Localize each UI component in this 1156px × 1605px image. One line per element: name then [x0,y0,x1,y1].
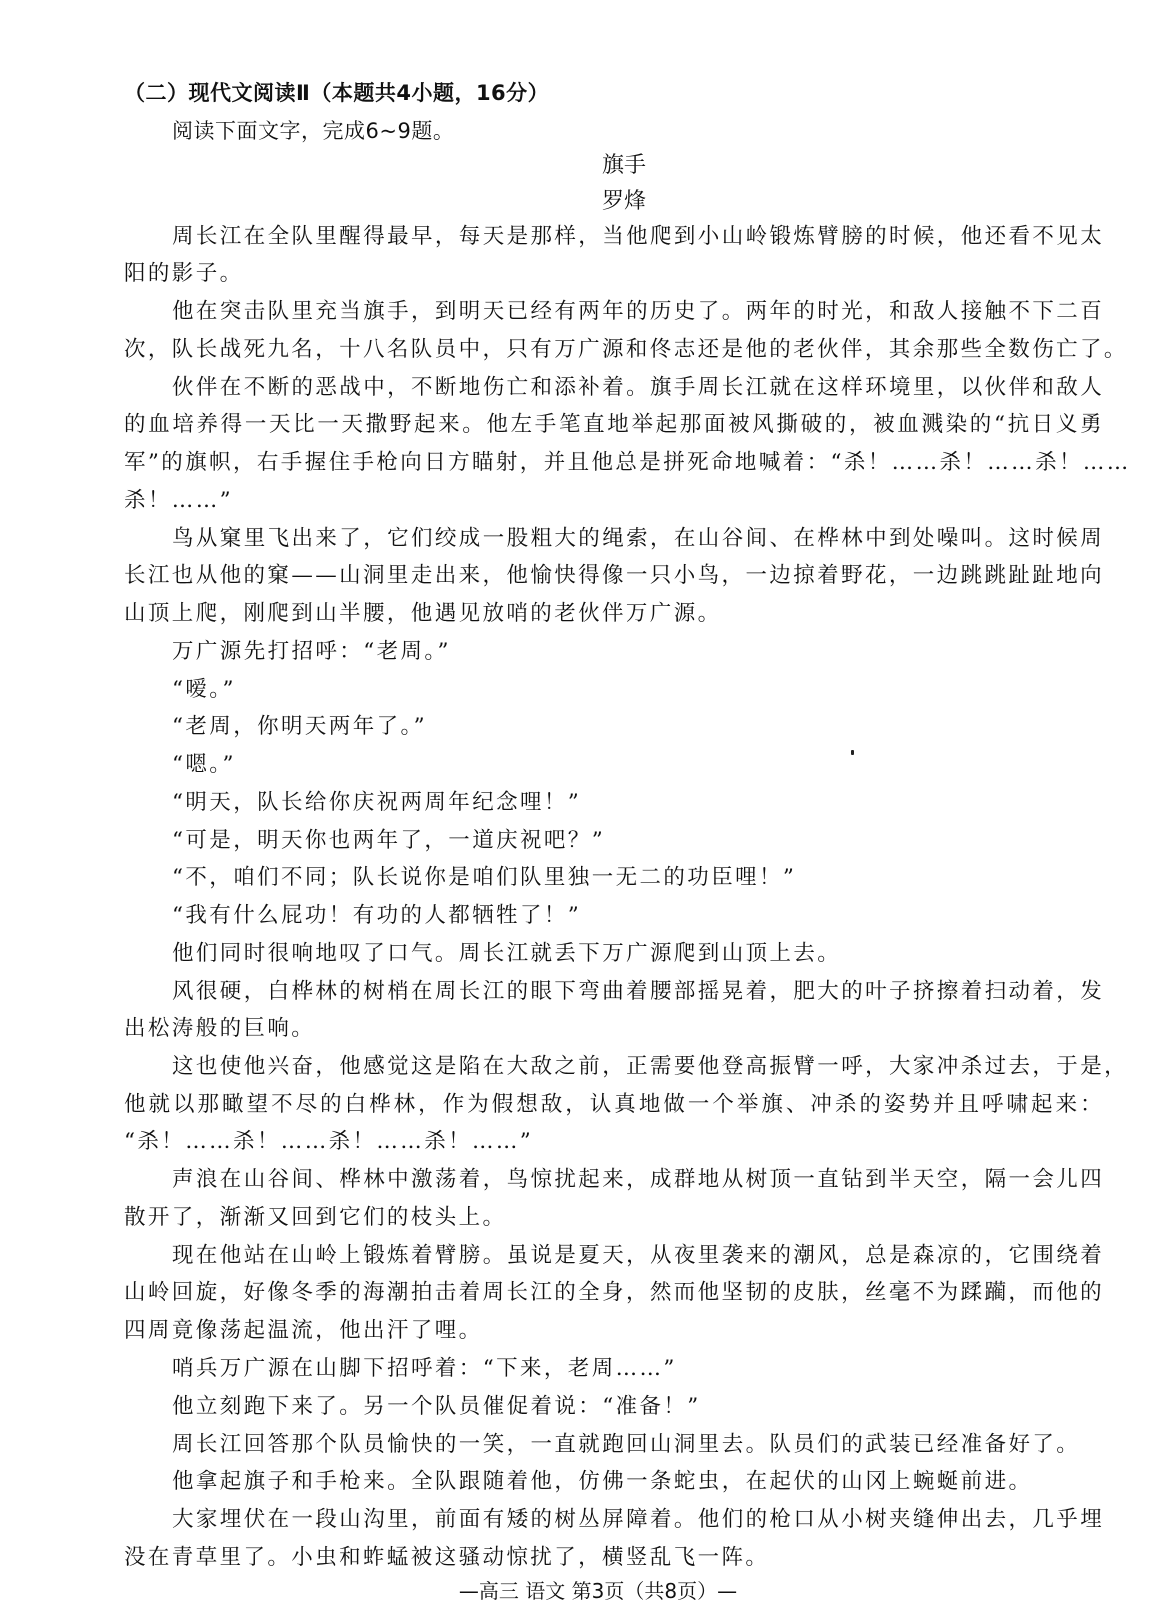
paragraph-line: 杀！……” [124,486,1104,516]
paragraph-line: 声浪在山谷间、桦林中激荡着，鸟惊扰起来，成群地从树顶一直钻到半天空，隔一会儿四 [172,1165,1104,1195]
paragraph-line: 他就以那瞰望不尽的白桦林，作为假想敌，认真地做一个举旗、冲杀的姿势并且呼啸起来： [124,1090,1104,1120]
exam-page: （二）现代文阅读Ⅱ（本题共4小题，16分） 阅读下面文字，完成6~9题。 旗手 … [0,0,1156,1605]
paragraph-line: 的血培养得一天比一天撒野起来。他左手笔直地举起那面被风撕破的，被血溅染的“抗日义… [124,410,1104,440]
paragraph-line: “老周，你明天两年了。” [172,712,1104,742]
paragraph-line: “嗳。” [172,675,1104,705]
paragraph-line: 山顶上爬，刚爬到山半腰，他遇见放哨的老伙伴万广源。 [124,599,1104,629]
paragraph-line: 他在突击队里充当旗手，到明天已经有两年的历史了。两年的时光，和敌人接触不下二百 [172,297,1104,327]
paragraph-line: 四周竟像荡起温流，他出汗了哩。 [124,1316,1104,1346]
paragraph-line: 他们同时很响地叹了口气。周长江就丢下万广源爬到山顶上去。 [172,939,1104,969]
paragraph-line: 军”的旗帜，右手握住手枪向日方瞄射，并且他总是拼死命地喊着：“杀！……杀！……杀… [124,448,1104,478]
paragraph-line: “不，咱们不同；队长说你是咱们队里独一无二的功臣哩！” [172,863,1104,893]
paragraph-line: 风很硬，白桦林的树梢在周长江的眼下弯曲着腰部摇晃着，肥大的叶子挤擦着扫动着，发 [172,977,1104,1007]
paragraph-line: 出松涛般的巨响。 [124,1014,1104,1044]
reading-instruction: 阅读下面文字，完成6~9题。 [172,116,1104,146]
paragraph-line: 这也使他兴奋，他感觉这是陷在大敌之前，正需要他登高振臂一呼，大家冲杀过去，于是， [172,1052,1104,1082]
paragraph-line: 周长江回答那个队员愉快的一笑，一直就跑回山洞里去。队员们的武装已经准备好了。 [172,1430,1104,1460]
paragraph-line: 鸟从窠里飞出来了，它们绞成一股粗大的绳索，在山谷间、在桦林中到处噪叫。这时候周 [172,524,1104,554]
paragraph-line: 现在他站在山岭上锻炼着臂膀。虽说是夏天，从夜里袭来的潮风，总是森凉的，它围绕着 [172,1241,1104,1271]
paragraph-line: 他立刻跑下来了。另一个队员催促着说：“准备！” [172,1392,1104,1422]
scan-speck [851,750,854,755]
paragraph-line: “明天，队长给你庆祝两周年纪念哩！” [172,788,1104,818]
article-title: 旗手 [0,151,1156,181]
paragraph-line: “可是，明天你也两年了，一道庆祝吧？” [172,826,1104,856]
paragraph-line: 没在青草里了。小虫和蚱蜢被这骚动惊扰了，横竖乱飞一阵。 [124,1543,1104,1573]
article-author: 罗烽 [0,187,1156,217]
paragraph-line: “杀！……杀！……杀！……杀！……” [124,1127,1104,1157]
paragraph-line: 哨兵万广源在山脚下招呼着：“下来，老周……” [172,1354,1104,1384]
page-footer: —高三 语文 第3页（共8页）— [0,1578,1156,1604]
paragraph-line: 万广源先打招呼：“老周。” [172,637,1104,667]
paragraph-line: 次，队长战死九名，十八名队员中，只有万广源和佟志还是他的老伙伴，其余那些全数伤亡… [124,335,1104,365]
paragraph-line: 散开了，渐渐又回到它们的枝头上。 [124,1203,1104,1233]
paragraph-line: 山岭回旋，好像冬季的海潮拍击着周长江的全身，然而他坚韧的皮肤，丝毫不为蹂躏，而他… [124,1278,1104,1308]
paragraph-line: 伙伴在不断的恶战中，不断地伤亡和添补着。旗手周长江就在这样环境里，以伙伴和敌人 [172,373,1104,403]
paragraph-line: “嗯。” [172,750,1104,780]
paragraph-line: 他拿起旗子和手枪来。全队跟随着他，仿佛一条蛇虫，在起伏的山冈上蜿蜒前进。 [172,1467,1104,1497]
paragraph-line: 长江也从他的窠——山洞里走出来，他愉快得像一只小鸟，一边掠着野花，一边跳跳趾趾地… [124,561,1104,591]
paragraph-line: 大家埋伏在一段山沟里，前面有矮的树丛屏障着。他们的枪口从小树夹缝伸出去，几乎埋 [172,1505,1104,1535]
section-heading: （二）现代文阅读Ⅱ（本题共4小题，16分） [124,78,1104,108]
paragraph-line: “我有什么屁功！有功的人都牺牲了！” [172,901,1104,931]
paragraph-line: 周长江在全队里醒得最早，每天是那样，当他爬到小山岭锻炼臂膀的时候，他还看不见太 [172,222,1104,252]
paragraph-line: 阳的影子。 [124,259,1104,289]
